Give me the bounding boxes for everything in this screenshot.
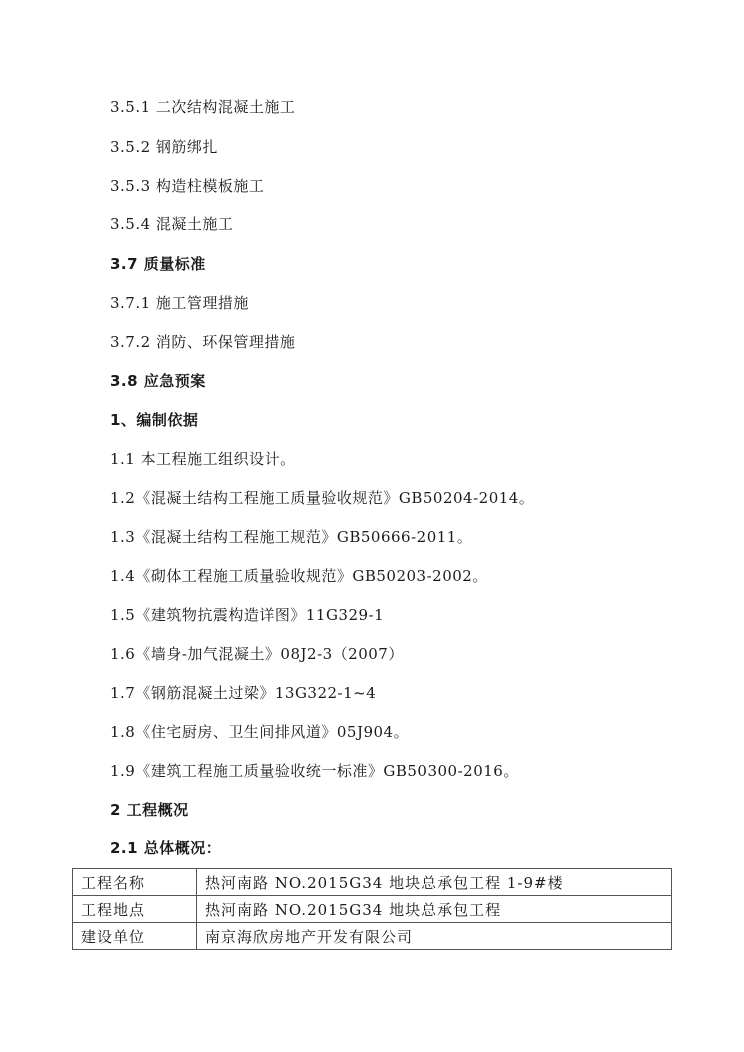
section-2-1-title: 2.1 总体概况： bbox=[110, 838, 221, 858]
heading-3-5-1: 3.5.1 二次结构混凝土施工 bbox=[110, 97, 295, 117]
basis-item-1-6: 1.6《墙身-加气混凝土》08J2-3（2007） bbox=[110, 644, 404, 664]
heading-3-5-3: 3.5.3 构造柱模板施工 bbox=[110, 176, 264, 196]
table-row: 工程名称 热河南路 NO.2015G34 地块总承包工程 1-9#楼 bbox=[73, 869, 672, 896]
basis-item-1-9: 1.9《建筑工程施工质量验收统一标准》GB50300-2016。 bbox=[110, 761, 519, 781]
section-2-title: 2 工程概况 bbox=[110, 800, 189, 820]
developer-value: 南京海欣房地产开发有限公司 bbox=[197, 923, 672, 950]
heading-3-8: 3.8 应急预案 bbox=[110, 371, 206, 391]
table-row: 建设单位 南京海欣房地产开发有限公司 bbox=[73, 923, 672, 950]
developer-label: 建设单位 bbox=[73, 923, 197, 950]
project-name-value: 热河南路 NO.2015G34 地块总承包工程 1-9#楼 bbox=[197, 869, 672, 896]
heading-3-7-1: 3.7.1 施工管理措施 bbox=[110, 293, 249, 313]
basis-item-1-7: 1.7《钢筋混凝土过梁》13G322-1~4 bbox=[110, 683, 376, 703]
basis-item-1-4: 1.4《砌体工程施工质量验收规范》GB50203-2002。 bbox=[110, 566, 488, 586]
table-row: 工程地点 热河南路 NO.2015G34 地块总承包工程 bbox=[73, 896, 672, 923]
basis-item-1-1: 1.1 本工程施工组织设计。 bbox=[110, 449, 296, 469]
project-info-table: 工程名称 热河南路 NO.2015G34 地块总承包工程 1-9#楼 工程地点 … bbox=[72, 868, 672, 950]
heading-3-7-2: 3.7.2 消防、环保管理措施 bbox=[110, 332, 295, 352]
project-name-label: 工程名称 bbox=[73, 869, 197, 896]
project-location-label: 工程地点 bbox=[73, 896, 197, 923]
heading-3-5-4: 3.5.4 混凝土施工 bbox=[110, 214, 233, 234]
basis-item-1-2: 1.2《混凝土结构工程施工质量验收规范》GB50204-2014。 bbox=[110, 488, 534, 508]
section-1-title: 1、编制依据 bbox=[110, 410, 198, 430]
heading-3-5-2: 3.5.2 钢筋绑扎 bbox=[110, 137, 218, 157]
basis-item-1-5: 1.5《建筑物抗震构造详图》11G329-1 bbox=[110, 605, 384, 625]
heading-3-7: 3.7 质量标准 bbox=[110, 254, 206, 274]
basis-item-1-8: 1.8《住宅厨房、卫生间排风道》05J904。 bbox=[110, 722, 409, 742]
project-location-value: 热河南路 NO.2015G34 地块总承包工程 bbox=[197, 896, 672, 923]
basis-item-1-3: 1.3《混凝土结构工程施工规范》GB50666-2011。 bbox=[110, 527, 472, 547]
